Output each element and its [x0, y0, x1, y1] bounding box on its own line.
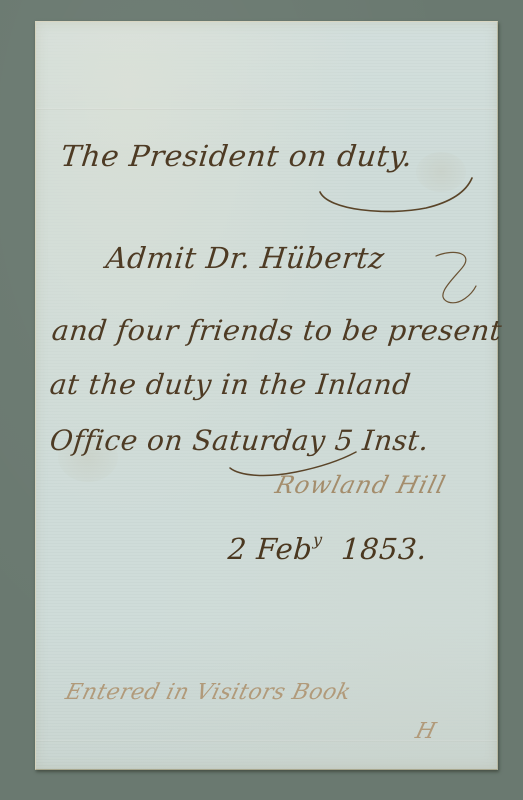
- name-flourish: [426, 250, 496, 310]
- heading-underline-flourish: [316, 182, 476, 222]
- paper-fold-line: [36, 108, 497, 110]
- signature: Rowland Hill: [273, 471, 449, 499]
- visitors-book-annotation: Entered in Visitors Book: [63, 680, 354, 705]
- body-line: Office on Saturday 5 Inst.: [48, 424, 430, 457]
- heading-line: The President on duty.: [59, 139, 414, 173]
- date-month: Feb: [255, 532, 313, 566]
- body-line: and four friends to be present: [50, 314, 503, 347]
- admit-line: Admit Dr. Hübertz: [104, 241, 386, 275]
- letter-paper: The President on duty. Admit Dr. Hübertz…: [35, 21, 498, 770]
- date-line: 2 Feby 1853.: [227, 530, 428, 566]
- date-month-superscript: y: [312, 530, 323, 549]
- body-line: at the duty in the Inland: [48, 368, 412, 401]
- date-day: 2: [227, 532, 248, 566]
- date-year: 1853.: [340, 532, 428, 566]
